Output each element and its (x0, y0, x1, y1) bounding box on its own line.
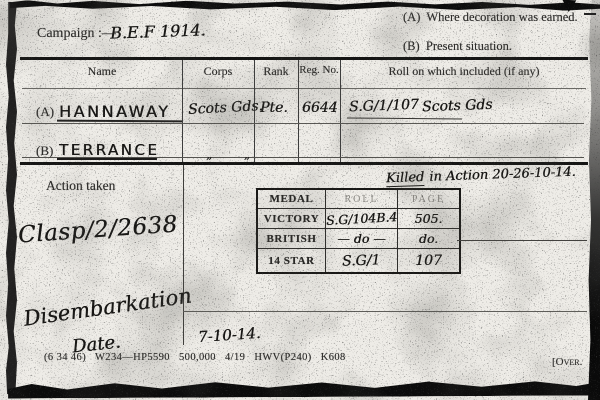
action-section-divider (183, 165, 184, 345)
note-present-situation: (B) Present situation. (403, 39, 512, 54)
over-note: [Over. (552, 356, 582, 368)
lower-section-rule (183, 311, 587, 312)
column-header-corps: Corps (182, 64, 254, 79)
medal-row-star-roll: S.G/1 (326, 249, 398, 272)
action-entry-handwritten: Clasp/2/2638 (17, 211, 178, 248)
fate-rest: in Action 20-26-10-14. (429, 165, 576, 185)
row-a-roll-underline (347, 117, 462, 119)
campaign-value-handwritten: B.E.F 1914. (110, 20, 206, 42)
row-b-prefix: (B) (36, 143, 53, 159)
medal-row-victory-page: 505. (398, 209, 459, 229)
table-bottom-heavy-rule (20, 162, 588, 165)
medal-roll-table: MEDAL ROLL PAGE VICTORY S.G/104B.4 505. … (256, 188, 461, 274)
campaign-label: Campaign :— (37, 26, 116, 42)
medal-row-star-page: 107 (398, 249, 459, 272)
medal-table-header-roll: ROLL (326, 190, 398, 209)
form-print-code: (6 34 46) W234—HP5590 500,000 4/19 HWV(P… (44, 352, 346, 363)
column-header-name: Name (22, 64, 182, 79)
disembarkation-date-handwritten: 7-10-14. (197, 324, 261, 346)
row-a-reg-no-handwritten: 6644 (302, 100, 338, 116)
medal-table-extension-rule (457, 240, 587, 241)
fate-word: Killed (386, 170, 425, 187)
row-a-corps-handwritten: Scots Gds. (188, 98, 264, 118)
scan-left-border (6, 2, 17, 394)
medal-row-british-page: do. (398, 229, 459, 249)
row-a-surname-underline (57, 120, 182, 122)
row-b-forename-handwritten: TERRANCE (59, 141, 159, 159)
row-a-rank-handwritten: Pte. (260, 100, 288, 116)
medal-row-british-roll: — do — (326, 229, 398, 249)
medal-table-header-medal: MEDAL (258, 190, 326, 209)
row-a-roll-ref-handwritten: S.G/1/107 (349, 97, 419, 115)
medal-row-victory-roll: S.G/104B.4 (326, 209, 398, 229)
medal-row-star-label: 14 STAR (258, 249, 326, 272)
column-header-roll: Roll on which included (if any) (342, 64, 586, 79)
medal-index-card: Campaign :— B.E.F 1914. (A) Where decora… (0, 0, 600, 400)
row-a-prefix: (A) (36, 104, 54, 120)
scan-right-border (588, 0, 600, 400)
edge-dash-mark (584, 13, 596, 15)
medal-row-british-label: BRITISH (258, 229, 326, 249)
medal-table-header-page: PAGE (398, 190, 459, 209)
row-a-roll-corps-handwritten: Scots Gds (422, 97, 493, 115)
table-top-rule (20, 57, 588, 60)
column-header-reg-no: Reg. No. (296, 64, 342, 76)
row-a-rule (22, 123, 584, 124)
row-b-forename-underline (57, 158, 157, 160)
row-a-surname-handwritten: HANNAWAY (59, 102, 170, 121)
medal-row-victory-label: VICTORY (258, 209, 326, 229)
note-where-decoration-earned: (A) Where decoration was earned. (403, 10, 578, 25)
action-taken-label: Action taken (46, 178, 115, 194)
fate-note-handwritten: Killedin Action 20-26-10-14. (386, 165, 576, 187)
scan-bottom-border (8, 379, 600, 398)
disembarkation-label-line1: Disembarkation (22, 283, 193, 330)
table-header-rule (22, 88, 586, 89)
column-header-rank: Rank (254, 64, 298, 79)
row-b-ditto-marks: — ” —— ” — (190, 155, 266, 169)
